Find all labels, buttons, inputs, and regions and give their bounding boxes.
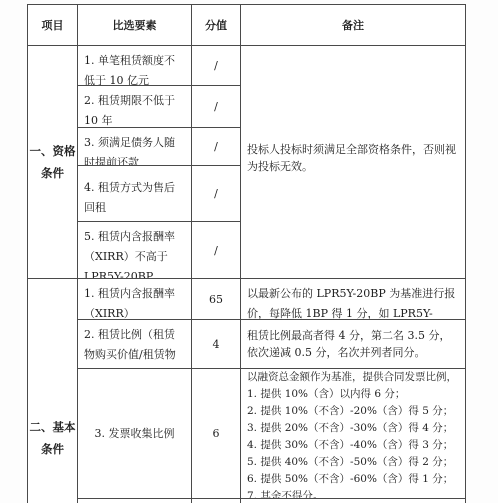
criteria-text: 4. 租赁方式为售后回租 [84, 181, 175, 214]
section-1-label-line1: 一、资格 [30, 140, 76, 162]
score-value: / [214, 185, 218, 202]
remarks-cell-2-1: 以最新公布的 LPR5Y-20BP 为基准进行报价，每降低 1BP 得 1 分，… [240, 278, 466, 320]
score-value: / [214, 138, 218, 155]
score-value: / [214, 242, 218, 259]
remarks-line: 5. 提供 40%（不含）-50%（含）得 2 分； [247, 454, 459, 471]
score-cell-2-3: 6 [191, 368, 241, 499]
remarks-cell-2-3: 以融资总金额作为基准，提供合同发票比例， 1. 提供 10%（含）以内得 6 分… [240, 368, 466, 499]
section-2-label-line1: 二、基本 [30, 416, 76, 438]
remarks-cell-qualification: 投标人投标时须满足全部资格条件，否则视为投标无效。 [240, 45, 466, 279]
criteria-text: 1. 租赁内含报酬率（XIRR） [84, 287, 175, 320]
remarks-line: 3. 提供 20%（不含）-30%（含）得 4 分； [247, 420, 459, 437]
remarks-text: 租赁比例最高者得 4 分，第二名 3.5 分，依次递减 0.5 分，名次并列者同… [241, 327, 465, 361]
score-value: / [214, 57, 218, 74]
criteria-cell-1-2: 2. 租赁期限不低于 10 年 [77, 85, 192, 128]
header-criteria: 比选要素 [77, 4, 192, 46]
score-cell-1-1: / [191, 45, 241, 86]
criteria-cell-2-3: 3. 发票收集比例 [77, 368, 192, 499]
remarks-line: 以融资总金额作为基准，提供合同发票比例， [247, 369, 459, 386]
score-value: 65 [209, 291, 223, 308]
section-1-label-line2: 条件 [30, 162, 76, 184]
score-cell-1-3: / [191, 127, 241, 166]
criteria-cell-2-1: 1. 租赁内含报酬率（XIRR） [77, 278, 192, 320]
criteria-text: 3. 发票收集比例 [95, 425, 175, 442]
remarks-line: 6. 提供 50%（不含）-60%（含）得 1 分； [247, 471, 459, 488]
remarks-cell-2-2: 租赁比例最高者得 4 分，第二名 3.5 分，依次递减 0.5 分，名次并列者同… [240, 319, 466, 369]
header-item-label: 项目 [42, 17, 64, 33]
next-row-criteria [77, 498, 192, 503]
criteria-text: 2. 租赁期限不低于 10 年 [84, 94, 179, 127]
header-score: 分值 [191, 4, 241, 46]
header-criteria-label: 比选要素 [113, 17, 157, 33]
section-qualification-label: 一、资格 条件 [27, 45, 78, 279]
score-value: 6 [213, 425, 220, 442]
remarks-line: 2. 提供 10%（不含）-20%（含）得 5 分； [247, 403, 459, 420]
header-remarks-label: 备注 [342, 17, 364, 33]
score-cell-2-1: 65 [191, 278, 241, 320]
section-basic-label: 二、基本 条件 [27, 278, 78, 503]
header-item: 项目 [27, 4, 78, 46]
scoring-table-page: 项目 比选要素 分值 备注 一、资格 条件 1. 单笔租赁额度不低于 10 亿元… [0, 0, 498, 503]
criteria-cell-1-3: 3. 须满足债务人随时提前还款 [77, 127, 192, 166]
score-value: / [214, 98, 218, 115]
header-remarks: 备注 [240, 4, 466, 46]
section-2-label-line2: 条件 [30, 438, 76, 460]
criteria-cell-1-1: 1. 单笔租赁额度不低于 10 亿元 [77, 45, 192, 86]
score-cell-1-5: / [191, 221, 241, 279]
criteria-text: 5. 租赁内含报酬率（XIRR）不高于 LPR5Y-20BP [84, 230, 175, 283]
score-cell-2-2: 4 [191, 319, 241, 369]
criteria-text: 1. 单笔租赁额度不低于 10 亿元 [84, 54, 175, 87]
next-row-score [191, 498, 241, 503]
remarks-line: 1. 提供 10%（含）以内得 6 分； [247, 386, 459, 403]
remarks-text: 投标人投标时须满足全部资格条件，否则视为投标无效。 [241, 141, 465, 183]
score-cell-1-4: / [191, 165, 241, 222]
next-row-remarks [240, 498, 466, 503]
remarks-line: 4. 提供 30%（不含）-40%（含）得 3 分； [247, 437, 459, 454]
header-score-label: 分值 [205, 17, 227, 33]
score-value: 4 [213, 336, 220, 353]
criteria-cell-2-2: 2. 租赁比例（租赁物购买价值/租赁物账面价值） [77, 319, 192, 369]
criteria-cell-1-5: 5. 租赁内含报酬率（XIRR）不高于 LPR5Y-20BP [77, 221, 192, 279]
criteria-cell-1-4: 4. 租赁方式为售后回租 [77, 165, 192, 222]
score-cell-1-2: / [191, 85, 241, 128]
